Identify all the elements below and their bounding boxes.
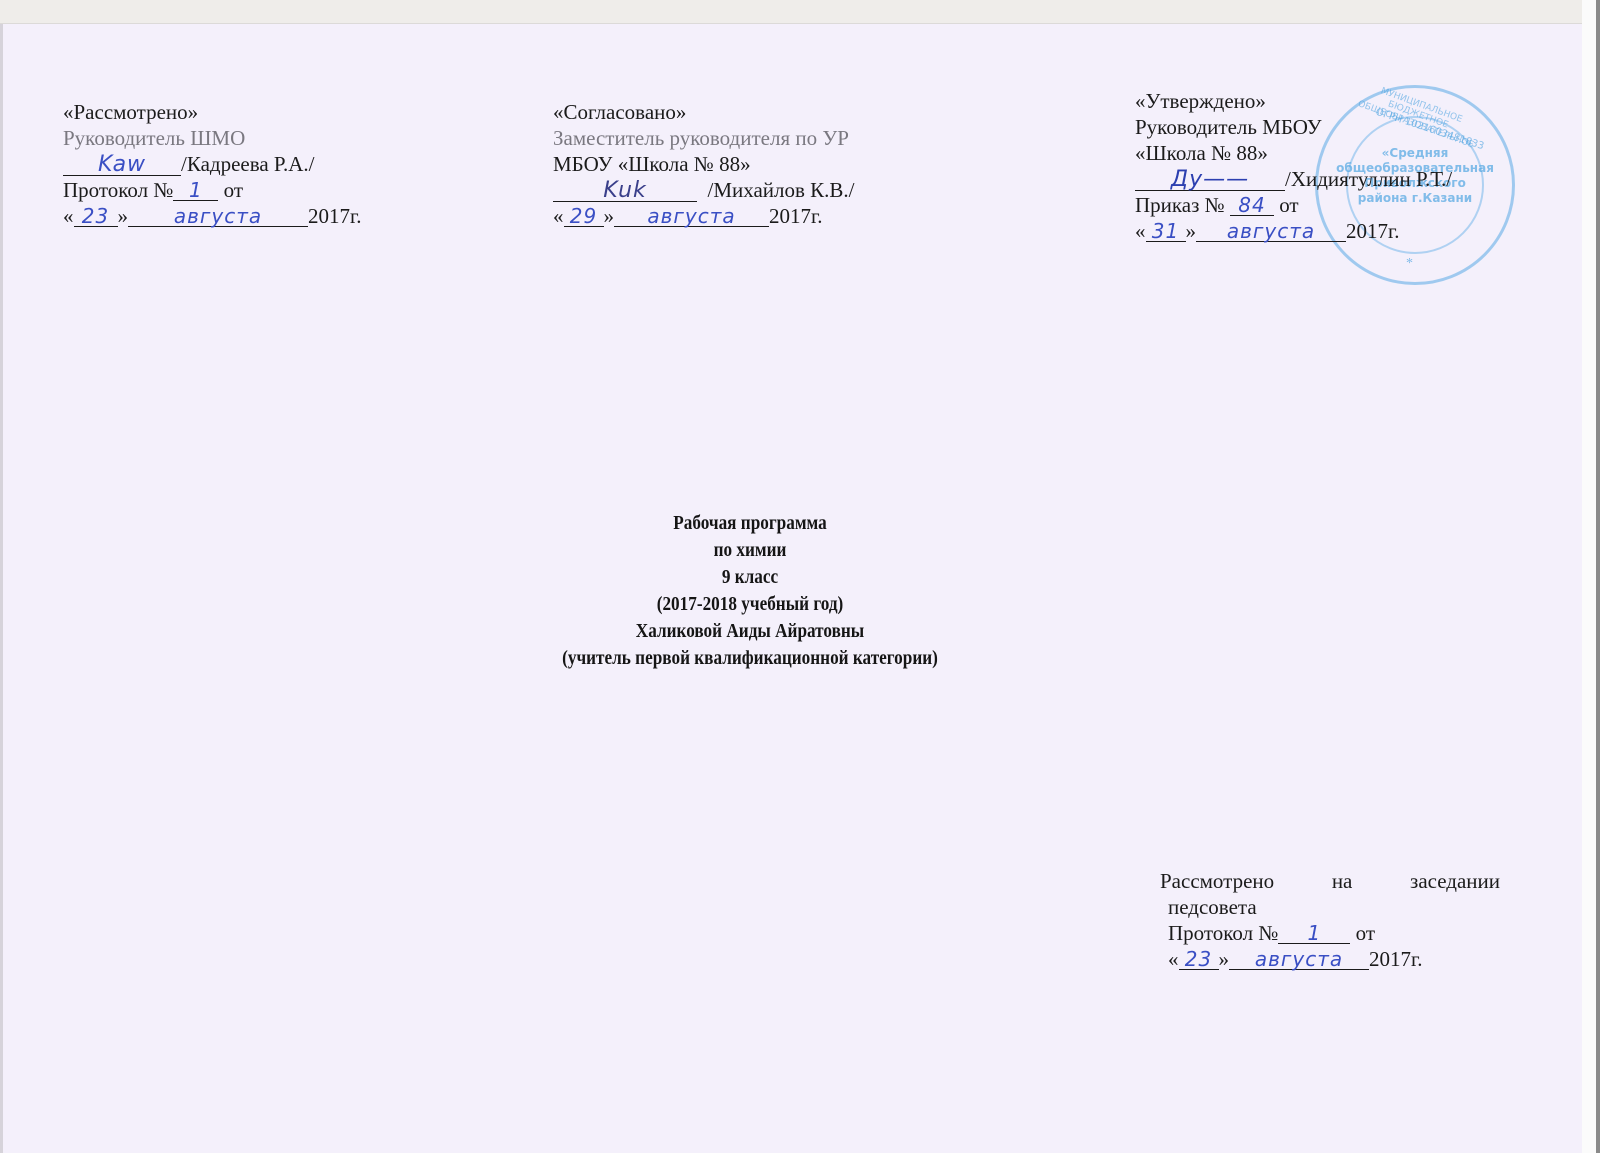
approval-heading: «Утверждено» [1135,88,1452,114]
scan-right-edge [1596,0,1600,1153]
signature-line: Ду—— /Хидиятуллин Р.Т./ [1135,166,1452,192]
date-year: 2017г. [308,204,362,228]
date-month-blank: августа [614,206,769,227]
date-month: августа [174,204,262,228]
council-review: Рассмотрено на заседании педсовета Прото… [1160,868,1500,972]
scan-right-margin [1582,0,1596,1153]
protocol-label: Протокол № [63,178,173,202]
signer-name: /Хидиятуллин Р.Т./ [1285,167,1452,191]
signature-blank: Ду—— [1135,169,1285,191]
approval-agreed: «Согласовано» Заместитель руководителя п… [553,99,855,229]
document-title: Рабочая программа по химии 9 класс (2017… [400,510,1100,672]
approval-organization: МБОУ «Школа № 88» [553,151,855,177]
quote-close: » [118,204,129,228]
council-line2: педсовета [1160,894,1500,920]
title-year: (2017-2018 учебный год) [449,591,1051,618]
title-line: Рабочая программа [449,510,1051,537]
signature-scribble: Kaw [98,152,146,177]
date-day: 31 [1152,219,1179,243]
signature-line: Kaw /Кадреева Р.А./ [63,151,362,177]
date-year: 2017г. [769,204,823,228]
quote-open: « [553,204,564,228]
quote-close: » [1186,219,1197,243]
date-line: «29»августа2017г. [553,203,855,229]
approval-role: Руководитель МБОУ [1135,114,1452,140]
date-month: августа [1255,947,1343,971]
date-month-blank: августа [1229,949,1369,970]
order-line: Приказ № 84 от [1135,192,1452,218]
title-qualification: (учитель первой квалификационной категор… [449,645,1051,672]
date-month-blank: августа [1196,221,1346,242]
date-month: августа [1227,219,1315,243]
order-label: Приказ № [1135,193,1225,217]
title-author: Халиковой Аиды Айратовны [449,618,1051,645]
date-line: «31»августа2017г. [1135,218,1452,244]
date-day: 29 [570,204,597,228]
approval-role: Заместитель руководителя по УР [553,125,855,151]
quote-open: « [1168,947,1179,971]
title-grade: 9 класс [449,564,1051,591]
date-line: «23»августа2017г. [63,203,362,229]
signature-blank: Kuk [553,180,697,202]
date-month-blank: августа [128,206,308,227]
council-word: на [1332,868,1353,894]
order-suffix: от [1279,193,1298,217]
protocol-label: Протокол № [1168,921,1278,945]
approval-heading: «Согласовано» [553,99,855,125]
signature-scribble: Kuk [603,178,647,203]
date-month: августа [647,204,735,228]
council-word: заседании [1410,868,1500,894]
date-day-blank: 23 [74,206,118,227]
scan-top-margin [0,0,1582,24]
title-subject: по химии [449,537,1051,564]
signature-scribble: Ду—— [1171,167,1249,192]
quote-close: » [1219,947,1230,971]
date-day: 23 [82,204,109,228]
protocol-number: 1 [189,178,203,202]
protocol-suffix: от [224,178,243,202]
stamp-star-icon: * [1406,256,1413,272]
quote-close: » [604,204,615,228]
approval-organization: «Школа № 88» [1135,140,1452,166]
date-year: 2017г. [1369,947,1423,971]
council-word: Рассмотрено [1160,868,1274,894]
order-number: 84 [1238,193,1265,217]
approval-approved: «Утверждено» Руководитель МБОУ «Школа № … [1135,88,1452,244]
protocol-suffix: от [1356,921,1375,945]
date-day: 23 [1185,947,1212,971]
approval-reviewed: «Рассмотрено» Руководитель ШМО Kaw /Кадр… [63,99,362,229]
protocol-line: Протокол №1 от [63,177,362,203]
signature-blank: Kaw [63,154,181,176]
quote-open: « [1135,219,1146,243]
protocol-number: 1 [1308,921,1322,945]
protocol-number-blank: 1 [173,180,218,201]
quote-open: « [63,204,74,228]
approval-heading: «Рассмотрено» [63,99,362,125]
protocol-line: Протокол №1 от [1160,920,1500,946]
order-number-blank: 84 [1230,195,1274,216]
scan-left-edge [0,24,3,1153]
date-line: «23»августа2017г. [1160,946,1500,972]
approval-role: Руководитель ШМО [63,125,362,151]
date-day-blank: 31 [1146,221,1186,242]
date-year: 2017г. [1346,219,1400,243]
protocol-number-blank: 1 [1278,923,1350,944]
signature-line: Kuk /Михайлов К.В./ [553,177,855,203]
date-day-blank: 23 [1179,949,1219,970]
signer-name: /Кадреева Р.А./ [181,152,314,176]
council-line1: Рассмотрено на заседании [1160,868,1500,894]
signer-name: /Михайлов К.В./ [708,178,855,202]
date-day-blank: 29 [564,206,604,227]
